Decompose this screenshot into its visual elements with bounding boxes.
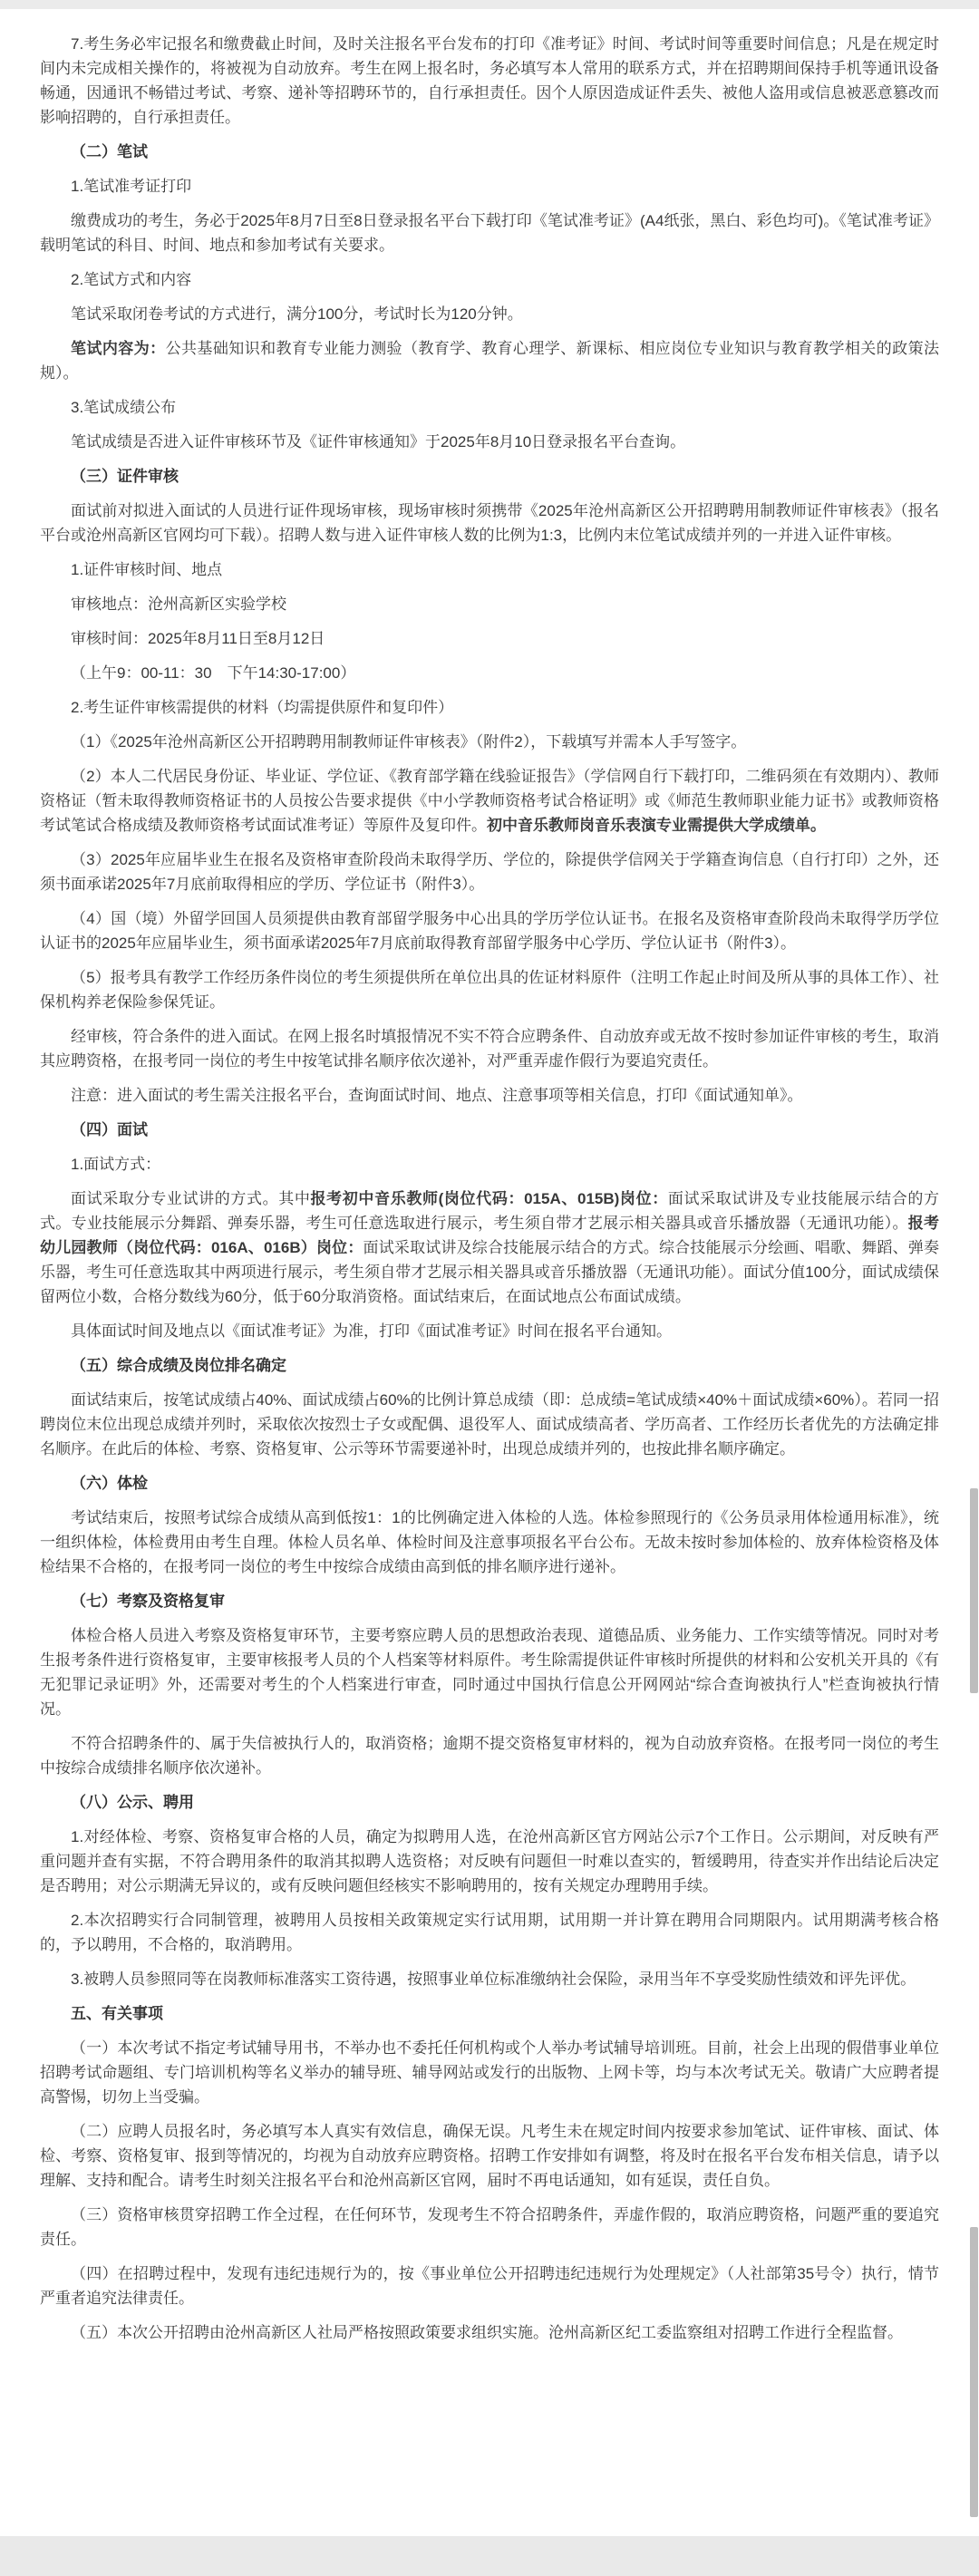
paragraph: （二）应聘人员报名时，务必填写本人真实有效信息，确保无误。凡考生未在规定时间内按… [40,2119,939,2193]
paragraph: （1）《2025年沧州高新区公开招聘聘用制教师证件审核表》（附件2），下载填写并… [40,730,939,754]
paragraph: 面试前对拟进入面试的人员进行证件现场审核，现场审核时须携带《2025年沧州高新区… [40,499,939,547]
section-heading: （八）公示、聘用 [40,1790,939,1815]
paragraph: 不符合招聘条件的、属于失信被执行人的，取消资格；逾期不提交资格复审材料的，视为自… [40,1731,939,1780]
paragraph: 体检合格人员进入考察及资格复审环节，主要考察应聘人员的思想政治表现、道德品质、业… [40,1623,939,1721]
paragraph: 缴费成功的考生，务必于2025年8月7日至8日登录报名平台下载打印《笔试准考证》… [40,208,939,257]
paragraph: 3.被聘人员参照同等在岗教师标准落实工资待遇，按照事业单位标准缴纳社会保险，录用… [40,1967,939,1991]
page-top-gutter [0,0,979,9]
section-heading: （三）证件审核 [40,464,939,489]
paragraph: 笔试采取闭卷考试的方式进行，满分100分，考试时长为120分钟。 [40,302,939,326]
paragraph: （一）本次考试不指定考试辅导用书，不举办也不委托任何机构或个人举办考试辅导培训班… [40,2036,939,2109]
paragraph: 2.笔试方式和内容 [40,267,939,292]
paragraph: （5）报考具有教学工作经历条件岗位的考生须提供所在单位出具的佐证材料原件（注明工… [40,965,939,1014]
paragraph: 具体面试时间及地点以《面试准考证》为准，打印《面试准考证》时间在报名平台通知。 [40,1319,939,1343]
scrollbar-thumb[interactable] [970,1488,978,1693]
paragraph: （2）本人二代居民身份证、毕业证、学位证、《教育部学籍在线验证报告》（学信网自行… [40,764,939,838]
paragraph: 1.证件审核时间、地点 [40,557,939,582]
section-heading: （四）面试 [40,1118,939,1142]
paragraph: （三）资格审核贯穿招聘工作全过程，在任何环节，发现考生不符合招聘条件，弄虚作假的… [40,2203,939,2252]
paragraph: （4）国（境）外留学回国人员须提供由教育部留学服务中心出具的学历学位认证书。在报… [40,906,939,955]
paragraph: 经审核，符合条件的进入面试。在网上报名时填报情况不实不符合应聘条件、自动放弃或无… [40,1024,939,1073]
section-heading: 五、有关事项 [40,2001,939,2026]
paragraph: 注意：进入面试的考生需关注报名平台，查询面试时间、地点、注意事项等相关信息，打印… [40,1083,939,1108]
paragraph: （3）2025年应届毕业生在报名及资格审查阶段尚未取得学历、学位的，除提供学信网… [40,847,939,896]
paragraph: 2.本次招聘实行合同制管理，被聘用人员按相关政策规定实行试用期，试用期一并计算在… [40,1908,939,1957]
paragraph: 2.考生证件审核需提供的材料（均需提供原件和复印件） [40,695,939,720]
article-content-panel: 7.考生务必牢记报名和缴费截止时间，及时关注报名平台发布的打印《准考证》时间、考… [0,9,979,2536]
scrollbar-thumb[interactable] [970,2227,978,2517]
paragraph: 面试结束后，按笔试成绩占40%、面试成绩占60%的比例计算总成绩（即：总成绩=笔… [40,1388,939,1461]
paragraph: 笔试内容为：公共基础知识和教育专业能力测验（教育学、教育心理学、新课标、相应岗位… [40,336,939,385]
page-bottom-gutter [0,2536,979,2576]
paragraph: 7.考生务必牢记报名和缴费截止时间，及时关注报名平台发布的打印《准考证》时间、考… [40,32,939,130]
paragraph: 1.对经体检、考察、资格复审合格的人员，确定为拟聘用人选，在沧州高新区官方网站公… [40,1825,939,1898]
paragraph: （四）在招聘过程中，发现有违纪违规行为的，按《事业单位公开招聘违纪违规行为处理规… [40,2261,939,2310]
paragraph: 1.笔试准考证打印 [40,174,939,199]
section-heading: （五）综合成绩及岗位排名确定 [40,1353,939,1378]
paragraph: （上午9：00-11：30 下午14:30-17:00） [40,661,939,685]
paragraph: 考试结束后，按照考试综合成绩从高到低按1：1的比例确定进入体检的人选。体检参照现… [40,1506,939,1579]
paragraph: 1.面试方式： [40,1152,939,1177]
section-heading: （二）笔试 [40,140,939,164]
document-body: 7.考生务必牢记报名和缴费截止时间，及时关注报名平台发布的打印《准考证》时间、考… [40,32,939,2345]
paragraph: 3.笔试成绩公布 [40,395,939,420]
section-heading: （六）体检 [40,1471,939,1496]
paragraph: 面试采取分专业试讲的方式。其中报考初中音乐教师(岗位代码：015A、015B)岗… [40,1186,939,1309]
section-heading: （七）考察及资格复审 [40,1589,939,1613]
paragraph: 笔试成绩是否进入证件审核环节及《证件审核通知》于2025年8月10日登录报名平台… [40,430,939,454]
paragraph: 审核时间：2025年8月11日至8月12日 [40,626,939,651]
paragraph: （五）本次公开招聘由沧州高新区人社局严格按照政策要求组织实施。沧州高新区纪工委监… [40,2320,939,2345]
paragraph: 审核地点：沧州高新区实验学校 [40,592,939,616]
